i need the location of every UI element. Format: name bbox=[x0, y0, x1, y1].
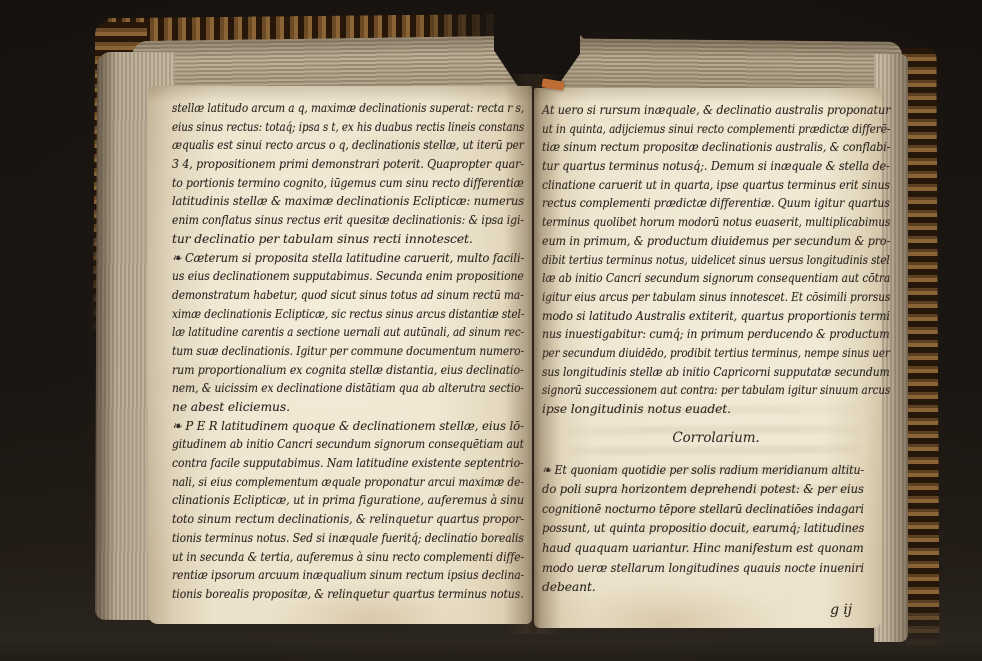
text-line: tur quartus terminus notusq́;. Demum si … bbox=[542, 157, 858, 176]
text-line: possunt, ut quinta propositio docuit, ea… bbox=[542, 519, 841, 539]
text-line: signorū successionem aut contra: per tab… bbox=[542, 381, 838, 400]
text-line: tur declinatio per tabulam sinus recti i… bbox=[172, 230, 524, 249]
text-line: cognitionē nocturno tēpore stellarū decl… bbox=[542, 500, 837, 520]
text-line: contra facile supputabimus. Nam latitudi… bbox=[172, 454, 483, 473]
paragraph: stellæ latitudo arcum a q, maximæ declin… bbox=[172, 99, 524, 249]
right-page-text-column: At uero si rursum inæquale, & declinatio… bbox=[542, 101, 890, 620]
text-line: At uero si rursum inæquale, & declinatio… bbox=[542, 101, 860, 120]
left-page: stellæ latitudo arcum a q, maximæ declin… bbox=[148, 86, 532, 624]
text-line: per secundum diuidēdo, prodibit tertius … bbox=[542, 344, 835, 363]
text-line: ut in secunda & tertia, auferemus à sinu… bbox=[172, 548, 479, 567]
text-line: læ latitudine carentis a sectione uernal… bbox=[172, 323, 471, 342]
text-line: ❧ Et quoniam quotidie per solis radium m… bbox=[542, 461, 829, 481]
left-page-text-column: stellæ latitudo arcum a q, maximæ declin… bbox=[172, 99, 524, 604]
text-line: dibit tertius terminus notus, uidelicet … bbox=[542, 251, 835, 270]
quire-signature: g ij bbox=[542, 601, 890, 620]
text-line: tionis borealis propositæ, & relinquetur… bbox=[172, 585, 484, 604]
text-line: gitudinem ab initio Cancri secundum sign… bbox=[172, 435, 479, 454]
text-line: ipse longitudinis notus euadet. bbox=[542, 400, 890, 419]
text-line: do poli supra horizontem deprehendi pote… bbox=[542, 480, 845, 500]
text-line: ut in quinta, adijciemus sinui recto com… bbox=[542, 120, 838, 139]
text-line: enim conflatus sinus rectus erit quesitæ… bbox=[172, 211, 482, 230]
open-book: stellæ latitudo arcum a q, maximæ declin… bbox=[90, 8, 946, 654]
text-line: læ ab initio Cancri secundum signorum co… bbox=[542, 269, 846, 288]
gutter-fold-line bbox=[532, 564, 534, 628]
text-line: us eius declinationem supputabimus. Secu… bbox=[172, 267, 482, 286]
text-line: ❧ Cæterum si proposita stella latitudine… bbox=[172, 249, 497, 268]
decorated-edge-right bbox=[902, 48, 939, 648]
text-line: clinationis Eclipticæ, ut in prima figur… bbox=[172, 491, 493, 510]
text-line: rentiæ ipsorum arcuum inæqualium sinum r… bbox=[172, 566, 479, 585]
text-line: ne abest eliciemus. bbox=[172, 398, 524, 417]
text-line: to portionis termino cognito, iūgemus cu… bbox=[172, 174, 482, 193]
text-line: modo ueræ stellarum longitudines quauis … bbox=[542, 559, 842, 579]
text-line: ximæ declinationis Eclipticæ, sic rectus… bbox=[172, 305, 475, 324]
text-line: modo si latitudo Australis extiterit, qu… bbox=[542, 307, 859, 326]
text-line: debeant. bbox=[542, 578, 864, 598]
text-line: 3 4, propositionem primi demonstrari pot… bbox=[172, 155, 488, 174]
paragraph: ❧ P E R latitudinem quoque & declination… bbox=[172, 417, 524, 604]
text-line: nem, & uicissim ex declinatione distātia… bbox=[172, 379, 478, 398]
text-line: nali, si eius complementum æquale propon… bbox=[172, 473, 478, 492]
section-heading: Corrolarium. bbox=[542, 428, 890, 448]
text-line: toto sinum rectum declinationis, & relin… bbox=[172, 510, 491, 529]
right-page: At uero si rursum inæquale, & declinatio… bbox=[534, 88, 882, 628]
text-line: tiæ sinum rectum propositæ declinationis… bbox=[542, 138, 853, 157]
text-line: rum proportionalium ex cognita stellæ di… bbox=[172, 361, 485, 380]
corollary-paragraph: ❧ Et quoniam quotidie per solis radium m… bbox=[542, 461, 864, 598]
text-line: igitur eius arcus per tabulam sinus inno… bbox=[542, 288, 841, 307]
text-line: clinatione caruerit ut in quarta, ipse q… bbox=[542, 176, 849, 195]
text-line: demonstratum habetur, quod sicut sinus t… bbox=[172, 286, 477, 305]
text-line: latitudinis stellæ & maximæ declinationi… bbox=[172, 192, 498, 211]
paragraph: At uero si rursum inæquale, & declinatio… bbox=[542, 101, 890, 419]
text-line: haud quaquam uariantur. Hinc manifestum … bbox=[542, 539, 846, 559]
text-line: eius sinus rectus: totaq́; ipsa s t, ex … bbox=[172, 118, 468, 137]
text-line: stellæ latitudo arcum a q, maximæ declin… bbox=[172, 99, 474, 118]
paragraph: ❧ Cæterum si proposita stella latitudine… bbox=[172, 249, 524, 417]
text-line: tionis terminus notus. Sed si inæquale f… bbox=[172, 529, 479, 548]
text-line: terminus quolibet horum modorū notus eua… bbox=[542, 213, 843, 232]
text-line: sus longitudinis stellæ ab initio Capric… bbox=[542, 363, 846, 382]
book-photo: stellæ latitudo arcum a q, maximæ declin… bbox=[0, 0, 982, 661]
text-line: eum in primum, & productum diuidemus per… bbox=[542, 232, 856, 251]
text-line: tum suæ declinationis. Igitur per commun… bbox=[172, 342, 477, 361]
text-line: æqualis est sinui recto arcus o q, decli… bbox=[172, 136, 478, 155]
text-line: nus inuestigabitur: cumq́; in primum per… bbox=[542, 325, 853, 344]
text-line: rectus complementi prædictæ differentiæ.… bbox=[542, 194, 851, 213]
text-line: ❧ P E R latitudinem quoque & declination… bbox=[172, 417, 507, 436]
